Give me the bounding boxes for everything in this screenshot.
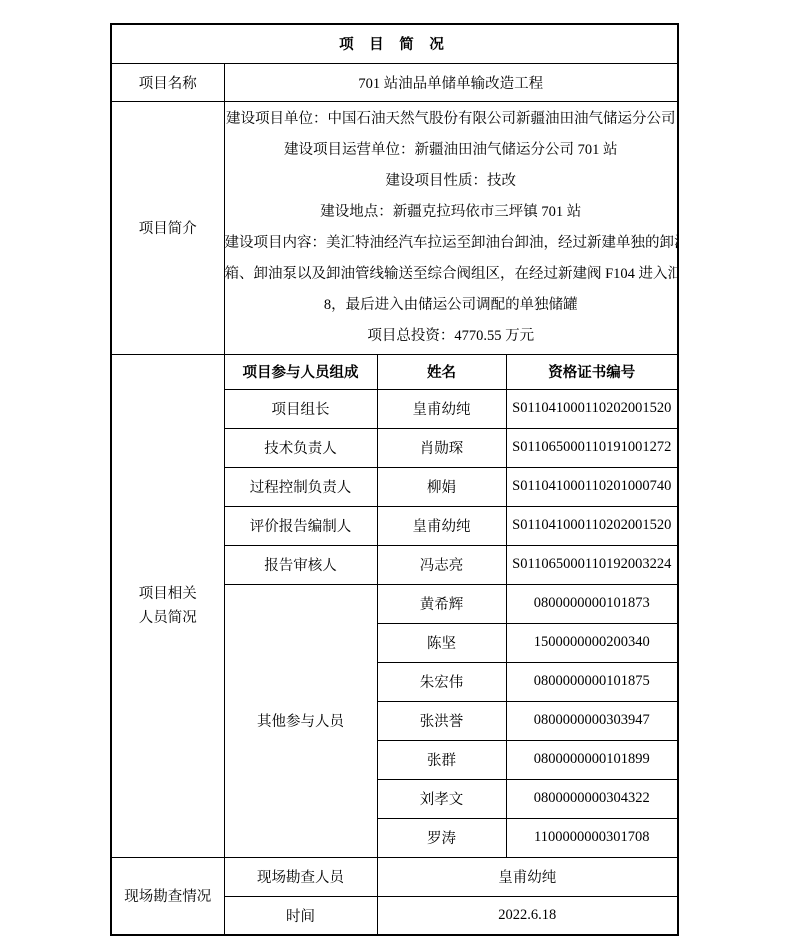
survey-section-label: 现场勘查情况 [111, 857, 224, 935]
member-cert: S011041000110202001520 [506, 389, 678, 428]
member-cert: S011065000110192003224 [506, 545, 678, 584]
personnel-header-composition: 项目参与人员组成 [224, 354, 377, 389]
table-title: 项 目 简 况 [111, 24, 678, 63]
member-cert: S011041000110202001520 [506, 506, 678, 545]
member-role: 项目组长 [224, 389, 377, 428]
project-name-value: 701 站油品单储单输改造工程 [224, 63, 678, 101]
other-cert: 0800000000101873 [506, 584, 678, 623]
project-name-label: 项目名称 [111, 63, 224, 101]
survey-time-label: 时间 [224, 896, 377, 935]
others-label: 其他参与人员 [224, 584, 377, 857]
other-cert: 0800000000101899 [506, 740, 678, 779]
brief-line: 箱、卸油泵以及卸油管线输送至综合阀组区，在经过新建阀 F104 进入汇 [225, 259, 678, 290]
personnel-header-name: 姓名 [377, 354, 506, 389]
member-role: 评价报告编制人 [224, 506, 377, 545]
member-name: 冯志亮 [377, 545, 506, 584]
other-name: 刘孝文 [377, 779, 506, 818]
member-role: 过程控制负责人 [224, 467, 377, 506]
other-name: 张群 [377, 740, 506, 779]
brief-line: 项目总投资：4770.55 万元 [225, 321, 678, 352]
other-name: 陈坚 [377, 623, 506, 662]
brief-line: 建设项目性质：技改 [225, 166, 678, 197]
other-cert: 0800000000304322 [506, 779, 678, 818]
document-page: 项 目 简 况 项目名称 701 站油品单储单输改造工程 项目简介 建设项目单位… [0, 0, 790, 948]
other-cert: 0800000000101875 [506, 662, 678, 701]
other-cert: 0800000000303947 [506, 701, 678, 740]
other-name: 黄希辉 [377, 584, 506, 623]
survey-personnel-value: 皇甫幼纯 [377, 857, 678, 896]
brief-line: 建设地点：新疆克拉玛依市三坪镇 701 站 [225, 197, 678, 228]
other-cert: 1100000000301708 [506, 818, 678, 857]
project-brief-content: 建设项目单位：中国石油天然气股份有限公司新疆油田油气储运分公司 建设项目运营单位… [224, 101, 678, 354]
member-name: 柳娟 [377, 467, 506, 506]
other-name: 张洪誉 [377, 701, 506, 740]
member-role: 报告审核人 [224, 545, 377, 584]
brief-line: 8，最后进入由储运公司调配的单独储罐 [225, 290, 678, 321]
personnel-section-label-line1: 项目相关 [112, 582, 224, 606]
other-name: 罗涛 [377, 818, 506, 857]
other-name: 朱宏伟 [377, 662, 506, 701]
member-cert: S011065000110191001272 [506, 428, 678, 467]
table-row: 现场勘查情况 现场勘查人员 皇甫幼纯 [111, 857, 678, 896]
personnel-header-cert: 资格证书编号 [506, 354, 678, 389]
personnel-section-label-line2: 人员简况 [112, 606, 224, 630]
member-cert: S011041000110201000740 [506, 467, 678, 506]
project-overview-table: 项 目 简 况 项目名称 701 站油品单储单输改造工程 项目简介 建设项目单位… [110, 23, 679, 936]
member-name: 肖勋琛 [377, 428, 506, 467]
personnel-section-label: 项目相关 人员简况 [111, 354, 224, 857]
member-role: 技术负责人 [224, 428, 377, 467]
brief-line: 建设项目内容：美汇特油经汽车拉运至卸油台卸油，经过新建单独的卸油 [225, 228, 678, 259]
brief-line: 建设项目单位：中国石油天然气股份有限公司新疆油田油气储运分公司 [225, 104, 678, 135]
brief-line: 建设项目运营单位：新疆油田油气储运分公司 701 站 [225, 135, 678, 166]
survey-personnel-label: 现场勘查人员 [224, 857, 377, 896]
other-cert: 1500000000200340 [506, 623, 678, 662]
project-brief-label: 项目简介 [111, 101, 224, 354]
member-name: 皇甫幼纯 [377, 506, 506, 545]
member-name: 皇甫幼纯 [377, 389, 506, 428]
survey-time-value: 2022.6.18 [377, 896, 678, 935]
